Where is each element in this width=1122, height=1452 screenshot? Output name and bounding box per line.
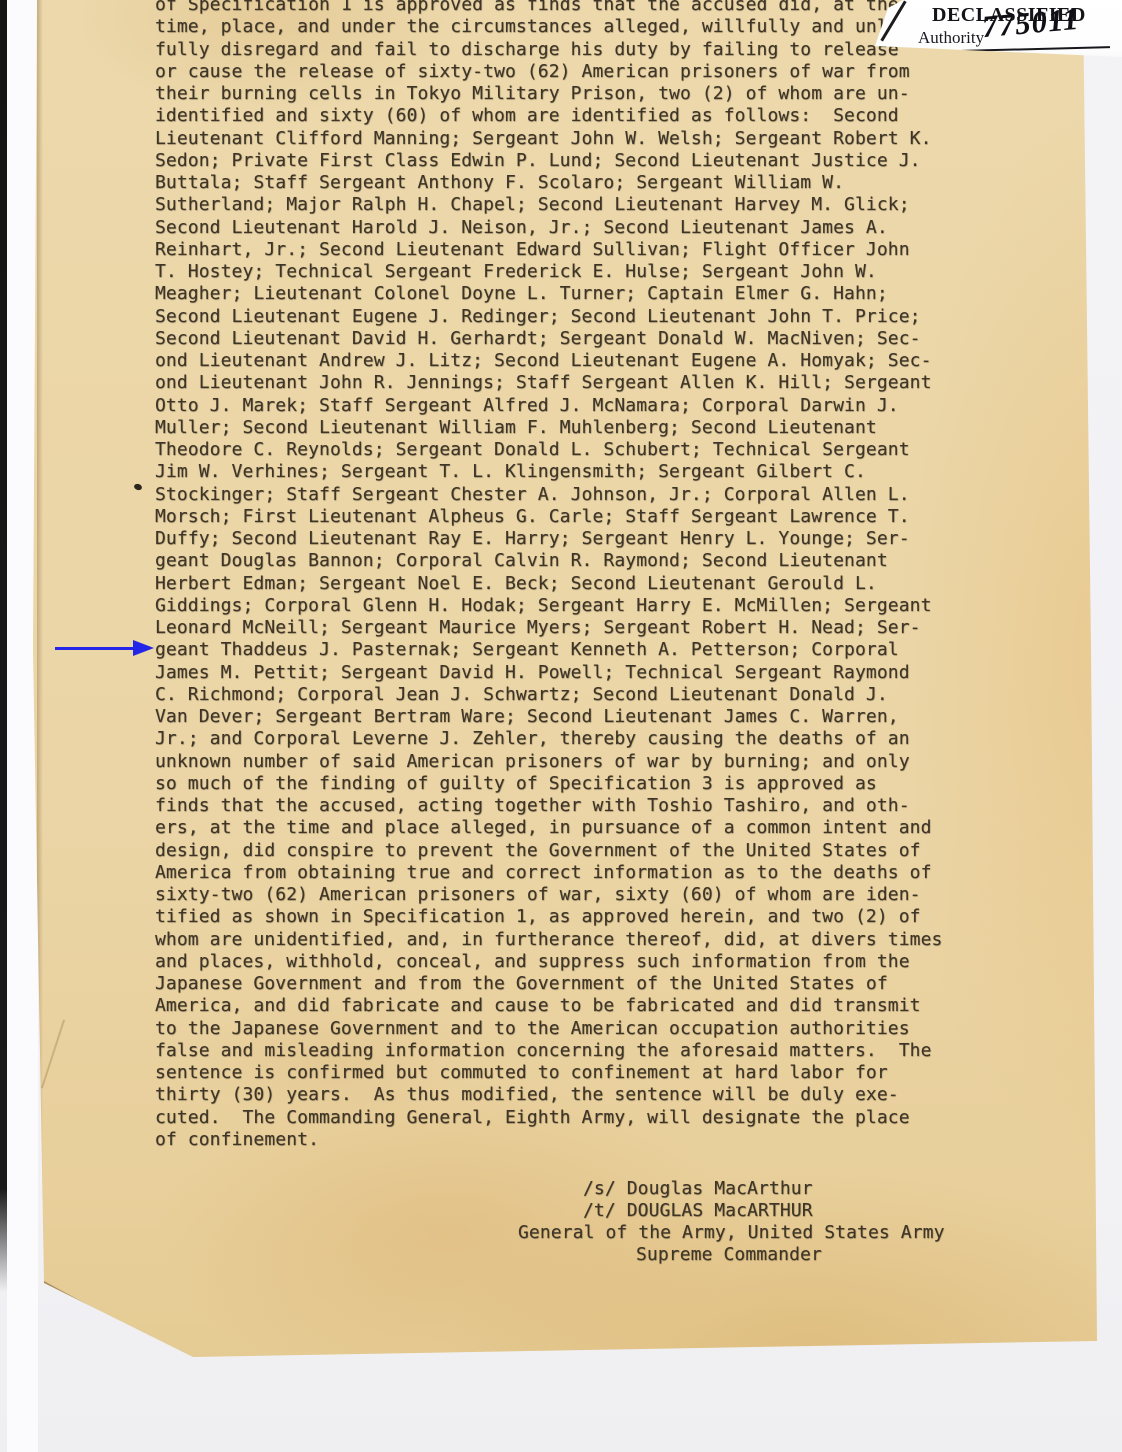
text-line: or cause the release of sixty-two (62) A… — [155, 61, 985, 83]
text-line: Duffy; Second Lieutenant Ray E. Harry; S… — [155, 528, 985, 550]
scan-left-margin — [7, 0, 38, 1452]
text-line: Stockinger; Staff Sergeant Chester A. Jo… — [155, 484, 985, 506]
text-line: Morsch; First Lieutenant Alpheus G. Carl… — [155, 506, 985, 528]
text-line: cuted. The Commanding General, Eighth Ar… — [155, 1107, 985, 1129]
text-line: sixty-two (62) American prisoners of war… — [155, 884, 985, 906]
text-line: fully disregard and fail to discharge hi… — [155, 39, 985, 61]
text-line: ond Lieutenant Andrew J. Litz; Second Li… — [155, 350, 985, 372]
text-line: of confinement. — [155, 1129, 985, 1151]
authority-number-handwritten: 775011 — [981, 1, 1081, 45]
text-line: Muller; Second Lieutenant William F. Muh… — [155, 417, 985, 439]
text-line: ers, at the time and place alleged, in p… — [155, 817, 985, 839]
document-body: of Specification 1 is approved as finds … — [155, 0, 985, 1151]
signature-t-line: /t/ DOUGLAS MacARTHUR — [583, 1200, 813, 1222]
scanned-document: of Specification 1 is approved as finds … — [0, 0, 1122, 1452]
text-line: Van Dever; Sergeant Bertram Ware; Second… — [155, 706, 985, 728]
text-line: Second Lieutenant Eugene J. Redinger; Se… — [155, 306, 985, 328]
text-line: tified as shown in Specification 1, as a… — [155, 906, 985, 928]
text-line: and places, withhold, conceal, and suppr… — [155, 951, 985, 973]
text-line: C. Richmond; Corporal Jean J. Schwartz; … — [155, 684, 985, 706]
margin-dot-mark — [133, 483, 142, 491]
text-line: unknown number of said American prisoner… — [155, 751, 985, 773]
text-line: T. Hostey; Technical Sergeant Frederick … — [155, 261, 985, 283]
text-line: America from obtaining true and correct … — [155, 862, 985, 884]
text-line: America, and did fabricate and cause to … — [155, 995, 985, 1017]
text-line: Herbert Edman; Sergeant Noel E. Beck; Se… — [155, 573, 985, 595]
text-line: Otto J. Marek; Staff Sergeant Alfred J. … — [155, 395, 985, 417]
paper-fold-crease — [43, 1281, 192, 1364]
text-line: thirty (30) years. As thus modified, the… — [155, 1084, 985, 1106]
text-line: Sedon; Private First Class Edwin P. Lund… — [155, 150, 985, 172]
annotation-arrow — [55, 640, 155, 656]
text-line: ond Lieutenant John R. Jennings; Staff S… — [155, 372, 985, 394]
text-line: finds that the accused, acting together … — [155, 795, 985, 817]
text-line: geant Douglas Bannon; Corporal Calvin R.… — [155, 550, 985, 572]
document-page: of Specification 1 is approved as finds … — [0, 0, 1122, 1452]
text-line: Second Lieutenant Harold J. Neison, Jr.;… — [155, 217, 985, 239]
text-line: whom are unidentified, and, in furtheran… — [155, 929, 985, 951]
signature-title-line: General of the Army, United States Army — [518, 1222, 945, 1244]
text-line: James M. Pettit; Sergeant David H. Powel… — [155, 662, 985, 684]
text-line: design, did conspire to prevent the Gove… — [155, 840, 985, 862]
text-line: sentence is confirmed but commuted to co… — [155, 1062, 985, 1084]
text-line: geant Thaddeus J. Pasternak; Sergeant Ke… — [155, 639, 985, 661]
signature-rank-line: Supreme Commander — [636, 1244, 822, 1266]
text-line: Japanese Government and from the Governm… — [155, 973, 985, 995]
text-line: of Specification 1 is approved as finds … — [155, 0, 985, 16]
text-line: false and misleading information concern… — [155, 1040, 985, 1062]
arrow-line — [55, 647, 137, 650]
text-line: their burning cells in Tokyo Military Pr… — [155, 83, 985, 105]
text-line: Theodore C. Reynolds; Sergeant Donald L.… — [155, 439, 985, 461]
text-line: Lieutenant Clifford Manning; Sergeant Jo… — [155, 128, 985, 150]
text-line: identified and sixty (60) of whom are id… — [155, 105, 985, 127]
text-line: Jim W. Verhines; Sergeant T. L. Klingens… — [155, 461, 985, 483]
text-line: Reinhart, Jr.; Second Lieutenant Edward … — [155, 239, 985, 261]
arrow-head-icon — [133, 640, 154, 656]
text-line: Buttala; Staff Sergeant Anthony F. Scola… — [155, 172, 985, 194]
text-line: Sutherland; Major Ralph H. Chapel; Secon… — [155, 194, 985, 216]
text-line: so much of the finding of guilty of Spec… — [155, 773, 985, 795]
scan-edge-strip — [0, 0, 7, 1292]
signature-s-line: /s/ Douglas MacArthur — [583, 1178, 813, 1200]
text-line: Giddings; Corporal Glenn H. Hodak; Serge… — [155, 595, 985, 617]
text-line: to the Japanese Government and to the Am… — [155, 1018, 985, 1040]
paper-crease — [41, 1019, 65, 1088]
text-line: Leonard McNeill; Sergeant Maurice Myers;… — [155, 617, 985, 639]
text-line: Jr.; and Corporal Leverne J. Zehler, the… — [155, 728, 985, 750]
text-line: Meagher; Lieutenant Colonel Doyne L. Tur… — [155, 283, 985, 305]
text-line: time, place, and under the circumstances… — [155, 16, 985, 38]
authority-label: Authority — [918, 28, 984, 48]
text-line: Second Lieutenant David H. Gerhardt; Ser… — [155, 328, 985, 350]
